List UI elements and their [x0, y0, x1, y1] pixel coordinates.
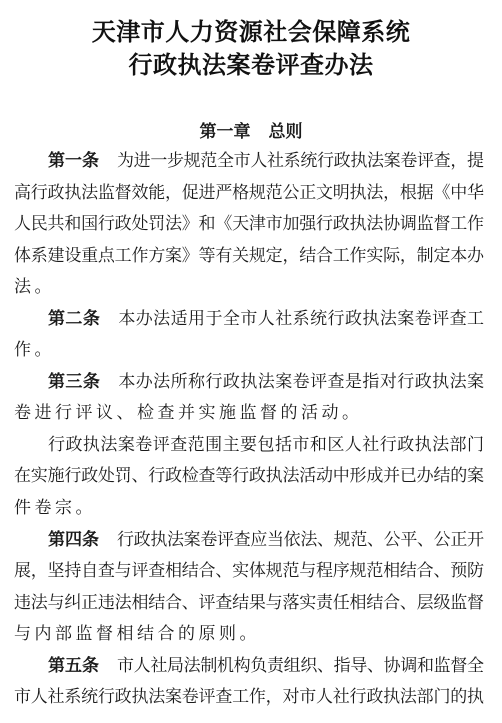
article-first-line: 第三条本办法所称行政执法案卷评查是指对行政执法案: [14, 367, 484, 399]
line-text: 本办法适用于全市人社系统行政执法案卷评查工: [118, 309, 484, 329]
article-number: 第四条: [48, 530, 99, 550]
line-text: 为进一步规范全市人社系统行政执法案卷评查，提: [117, 151, 484, 171]
body-line: 作。: [14, 335, 484, 367]
line-text: 人民共和国行政处罚法》和《天津市加强行政执法协调监督工作: [14, 214, 484, 234]
document-body: 第一条为进一步规范全市人社系统行政执法案卷评查，提高行政执法监督效能，促进严格规…: [14, 146, 484, 714]
document-title-line1: 天津市人力资源社会保障系统: [0, 12, 502, 47]
line-text: 展，坚持自查与评查相结合、实体规范与程序规范相结合、预防: [14, 561, 484, 581]
chapter-number: 第一章: [200, 117, 251, 142]
article-first-line: 第五条市人社局法制机构负责组织、指导、协调和监督全: [14, 651, 484, 683]
body-line: 与内部监督相结合的原则。: [14, 619, 484, 651]
body-line: 体系建设重点工作方案》等有关规定，结合工作实际，制定本办: [14, 241, 484, 273]
line-text: 市人社局法制机构负责组织、指导、协调和监督全: [117, 656, 484, 676]
body-line: 高行政执法监督效能，促进严格规范公正文明执法，根据《中华: [14, 178, 484, 210]
body-line: 在实施行政处罚、行政检查等行政执法活动中形成并已办结的案: [14, 461, 484, 493]
body-line: 市人社系统行政执法案卷评查工作，对市人社行政执法部门的执: [14, 682, 484, 714]
article-first-line: 第四条行政执法案卷评查应当依法、规范、公平、公正开: [14, 525, 484, 557]
chapter-name: 总则: [269, 117, 303, 142]
article-first-line: 第一条为进一步规范全市人社系统行政执法案卷评查，提: [14, 146, 484, 178]
line-text: 作。: [14, 340, 55, 360]
article-number: 第二条: [48, 309, 100, 329]
article-first-line: 第二条本办法适用于全市人社系统行政执法案卷评查工: [14, 304, 484, 336]
line-text: 件卷宗。: [14, 498, 96, 518]
body-line: 件卷宗。: [14, 493, 484, 525]
line-text: 本办法所称行政执法案卷评查是指对行政执法案: [118, 372, 484, 392]
body-line: 展，坚持自查与评查相结合、实体规范与程序规范相结合、预防: [14, 556, 484, 588]
line-text: 体系建设重点工作方案》等有关规定，结合工作实际，制定本办: [14, 246, 484, 266]
document-title-line2: 行政执法案卷评查办法: [0, 45, 502, 80]
line-text: 与内部监督相结合的原则。: [14, 624, 260, 644]
body-line: 行政执法案卷评查范围主要包括市和区人社行政执法部门: [14, 430, 484, 462]
line-text: 市人社系统行政执法案卷评查工作，对市人社行政执法部门的执: [14, 687, 484, 707]
line-text: 高行政执法监督效能，促进严格规范公正文明执法，根据《中华: [14, 183, 484, 203]
body-line: 违法与纠正违法相结合、评查结果与落实责任相结合、层级监督: [14, 588, 484, 620]
line-text: 违法与纠正违法相结合、评查结果与落实责任相结合、层级监督: [14, 593, 484, 613]
line-text: 法。: [14, 277, 55, 297]
line-text: 行政执法案卷评查范围主要包括市和区人社行政执法部门: [48, 435, 484, 455]
line-text: 卷进行评议、检查并实施监督的活动。: [14, 403, 363, 423]
article-number: 第三条: [48, 372, 100, 392]
line-text: 行政执法案卷评查应当依法、规范、公平、公正开: [117, 530, 484, 550]
article-number: 第一条: [48, 151, 99, 171]
body-line: 法。: [14, 272, 484, 304]
article-number: 第五条: [48, 656, 99, 676]
body-line: 卷进行评议、检查并实施监督的活动。: [14, 398, 484, 430]
chapter-heading: 第一章总则: [0, 117, 502, 142]
body-line: 人民共和国行政处罚法》和《天津市加强行政执法协调监督工作: [14, 209, 484, 241]
line-text: 在实施行政处罚、行政检查等行政执法活动中形成并已办结的案: [14, 466, 484, 486]
